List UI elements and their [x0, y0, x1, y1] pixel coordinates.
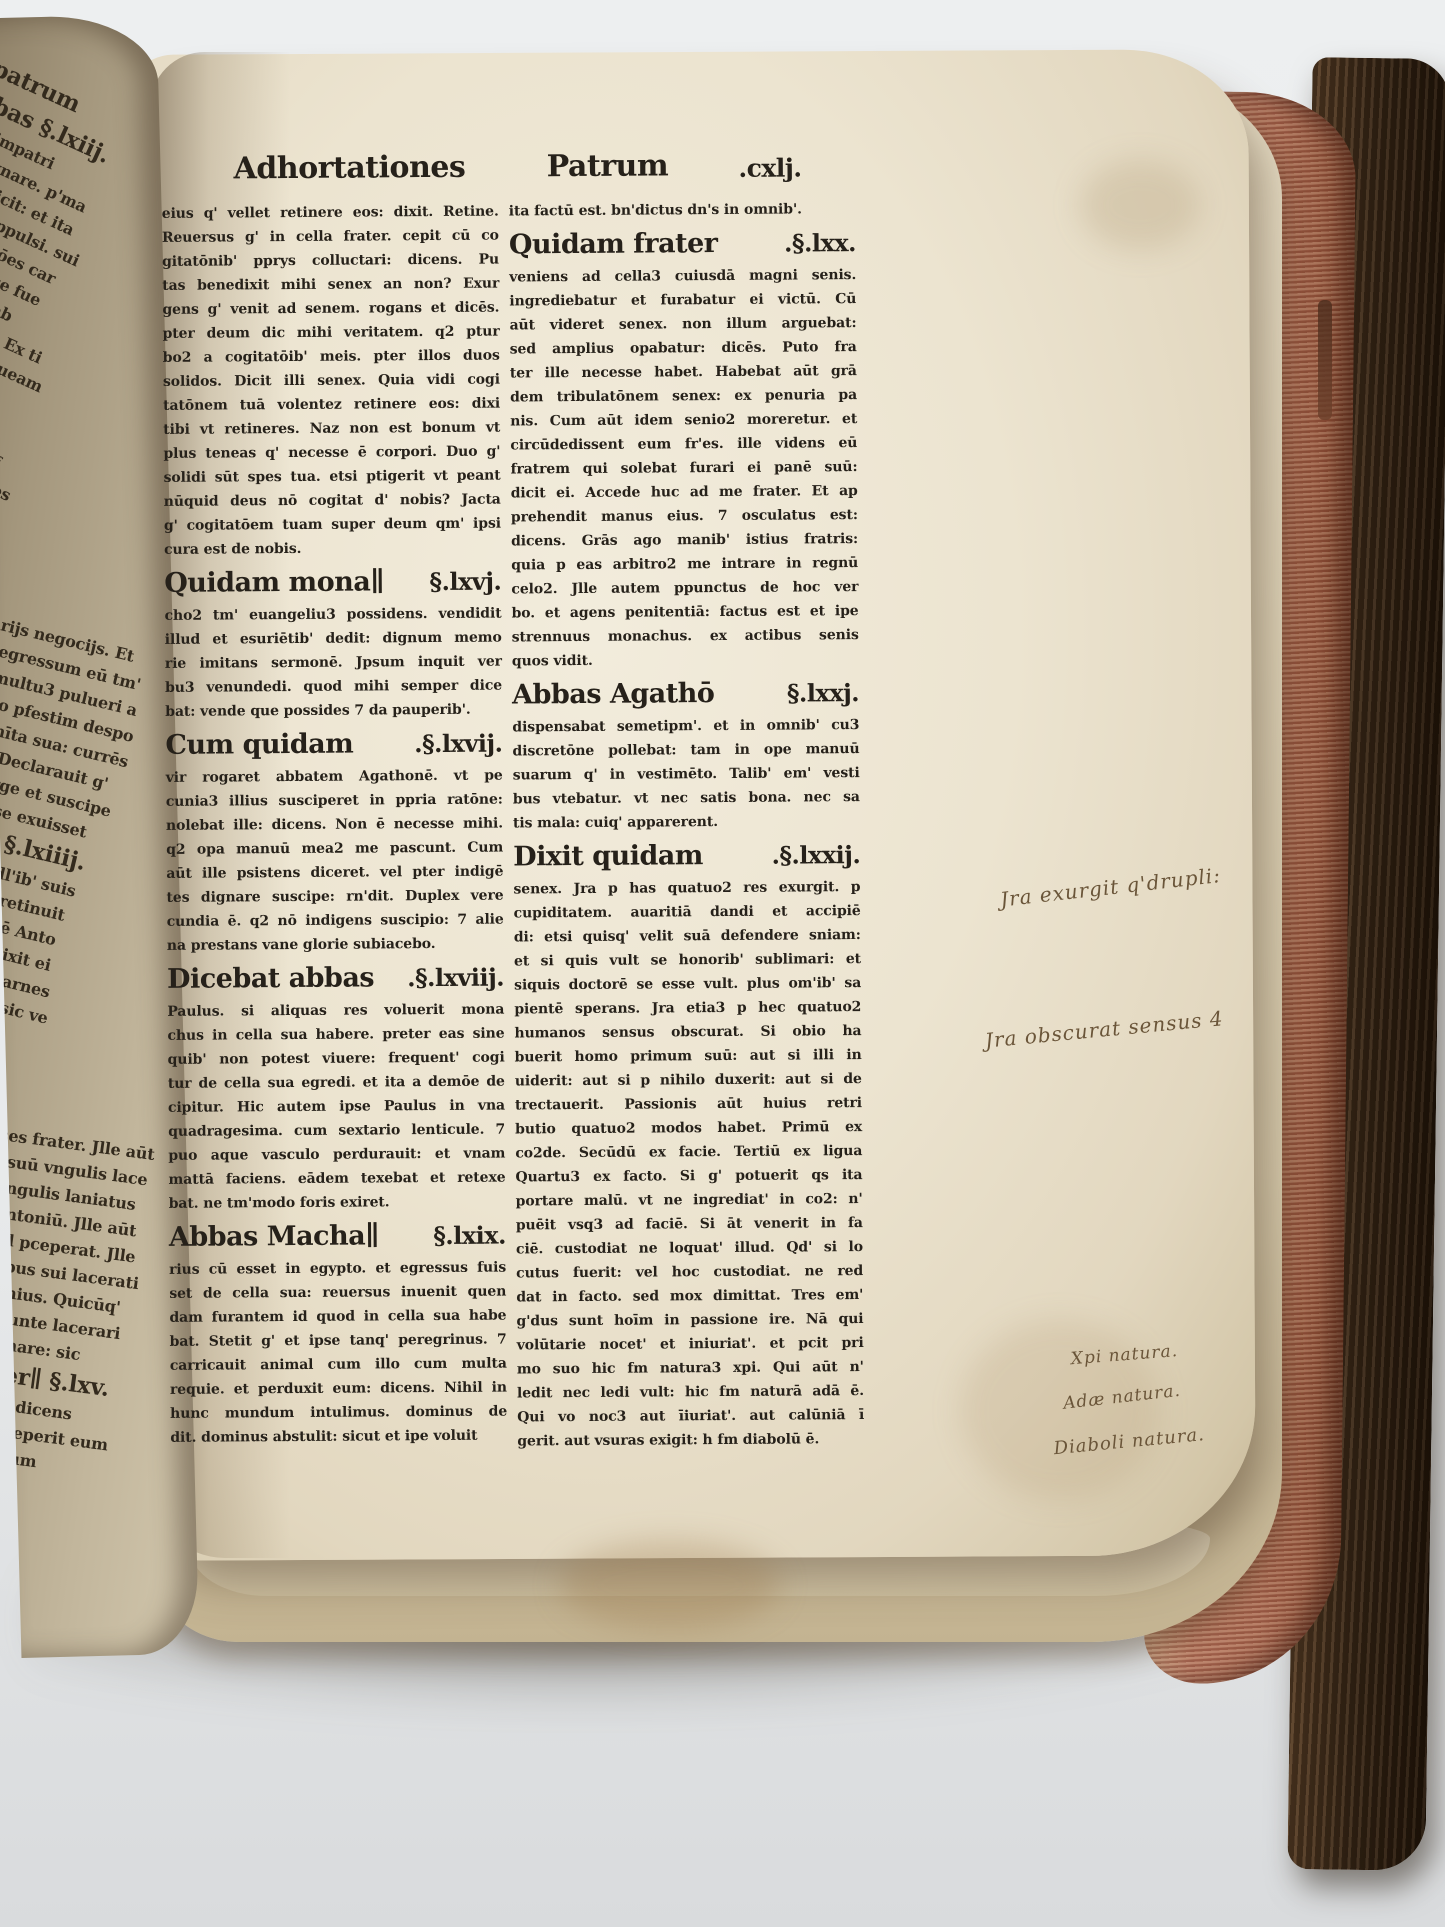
marginal-annotation-diaboli-natura: Diaboli natura. [1053, 1424, 1206, 1459]
text-line: dam furantem id quod in cella sua habe [169, 1304, 506, 1330]
text-line: bat. Stetit g' et ipse tanq' peregrinus.… [170, 1328, 507, 1354]
text-line: bu3 venundedi. quod mihi semper dice [165, 674, 502, 700]
book-photo: Vitaspatrumbat abbas §.lxiij.si voluerit… [0, 0, 1445, 1927]
text-line: chus in cella sua habere. preter eas sin… [167, 1022, 504, 1048]
text-line: puo aque vasculo perdurauit: et vnam [168, 1142, 505, 1168]
text-line: solidi sūt spes tua. etsi ptigerit vt pe… [164, 464, 501, 490]
text-line: pientē sperans. Jra etia3 p hec quatuo2 [514, 995, 861, 1021]
text-line: suarum q' in vestimēto. Talib' em' vesti [513, 761, 860, 787]
text-line: veniens ad cella3 cuiusdā magni senis. [509, 263, 856, 289]
section-heading: Cum quidam.§.lxvij. [165, 728, 502, 762]
text-line: prehendit manus eius. 7 osculatus est: [511, 503, 858, 529]
section-title: Abbas Agathō [512, 678, 714, 711]
text-line: bat: vende que possides 7 da pauperib'. [165, 698, 502, 724]
text-line: buerit homo primum suū: aut si illi in [515, 1043, 862, 1069]
section-number: .§.lxxij. [771, 839, 860, 872]
text-line: nūquid deus nō cogitat d' nobis? Jacta [164, 488, 501, 514]
text-line: co2de. Secūdū ex facie. Tertiū ex ligua [515, 1139, 862, 1165]
text-line: ita factū est. bn'dictus dn's in omnib'. [509, 197, 856, 223]
section-title: Cum quidam [165, 729, 353, 762]
text-line: cundia ē. q2 nō indigens suscipio: 7 ali… [167, 908, 504, 934]
section-heading: Abbas Macha∥§.lxix. [169, 1220, 506, 1254]
text-line: siquis doctorē se esse vult. plus om'ib'… [514, 971, 861, 997]
text-line: tes dignare suscipe: rn'dit. Duplex vere [166, 884, 503, 910]
text-line: et si quis vult se honorib' sublimari: e… [514, 947, 861, 973]
text-line: quib' non potest viuere: frequent' cogi [168, 1046, 505, 1072]
text-line: aūt ille psistens diceret. vel pter indi… [166, 860, 503, 886]
marginal-annotation-ira-exurgit: Jra exurgit q'drupli: [999, 863, 1222, 912]
text-line: portare malū. vt ne ingrediat' in co2: n… [516, 1187, 863, 1213]
text-line: eius q' vellet retinere eos: dixit. Reti… [162, 200, 499, 226]
section-heading: Quidam frater.§.lxx. [509, 227, 856, 261]
section-heading: Dicebat abbas.§.lxviij. [167, 962, 504, 996]
text-line: q2 opa manuū mea2 me pascunt. Cum [166, 836, 503, 862]
section-number: .§.lxvij. [414, 728, 503, 761]
section-heading: Abbas Agathō§.lxxj. [512, 677, 859, 711]
text-line: g' cogitatōem tuam super deum qm' ipsi [164, 512, 501, 538]
text-line: tas benedixit mihi senex an non? Exur [162, 272, 499, 298]
text-line: nis. Cum aūt idem senio2 moreretur. et [510, 407, 857, 433]
text-line: g'dus sunt hoīm in passione ire. Nā qui [516, 1307, 863, 1333]
text-line: gitatōnib' pprys colluctari: dicens. Pu [162, 248, 499, 274]
text-line: quos vidit. [512, 647, 859, 673]
text-line: Reuersus g' in cella frater. cepit cū co [162, 224, 499, 250]
text-line: nolebat ille: dicens. Non ē necesse mihi… [166, 812, 503, 838]
text-line: bo. et agens penitentiā: factus est et i… [511, 599, 858, 625]
text-line: rius cū esset in egypto. et egressus fui… [169, 1256, 506, 1282]
text-line: tis mala: cuiq' apparerent. [513, 809, 860, 835]
text-line: di: etsi quisq' velit suā defendere snia… [514, 923, 861, 949]
running-title-right: Patrum [532, 148, 682, 184]
text-line: gens g' venit ad senem. rogans et dicēs. [162, 296, 499, 322]
text-line: illud et esuriētib' dedit: dignum memo [165, 626, 502, 652]
text-line: dicens. Grās ago manib' istius fratris: [511, 527, 858, 553]
text-line: mo suo hic fm natura3 xpi. Qui aūt n' [517, 1355, 864, 1381]
text-line: ingrediebatur et furabatur ei victū. Cū [509, 287, 856, 313]
text-column-left: eius q' vellet retinere eos: dixit. Reti… [162, 200, 508, 1450]
text-line: requie. et perduxit eum: dicens. Nihil i… [170, 1376, 507, 1402]
text-line: tibi vt retineres. Naz non est bonum vt [163, 416, 500, 442]
section-number: §.lxvj. [429, 566, 501, 599]
text-line: solidos. Dicit illi senex. Quia vidi cog… [163, 368, 500, 394]
text-line: cutus fuerit: vel hoc custodiat. ne red [516, 1259, 863, 1285]
text-line: cho2 tm' euangeliu3 possidens. vendidit [164, 602, 501, 628]
text-line: Quartu3 ex facto. Si g' potuerit qs ita [515, 1163, 862, 1189]
text-line: dit. dominus abstulit: sicut et ipe volu… [170, 1424, 507, 1450]
section-title: Quidam frater [509, 228, 718, 261]
section-title: Abbas Macha∥ [169, 1220, 379, 1253]
text-line: gerit. aut vsuras exigit: h fm diabolū ē… [517, 1427, 864, 1453]
section-title: Dicebat abbas [167, 962, 374, 995]
marginal-annotation-xpi-natura: Xpi natura. [1070, 1341, 1179, 1369]
marginal-annotation-ira-obscurat: Jra obscurat sensus 4 [984, 1006, 1225, 1052]
text-line: Qui vo noc3 aut īiuriat'. aut calūniā ī [517, 1403, 864, 1429]
folio-number: .cxlj. [738, 153, 801, 182]
text-line: puēit vsq3 ad faciē. Si āt venerit in fa [516, 1211, 863, 1237]
text-line: ter ille necesse habet. Habebat aūt grā [510, 359, 857, 385]
text-line: circūdedissent eum fr'es. ille videns eū [510, 431, 857, 457]
text-line: butio quatuo2 modos habet. Primū ex [515, 1115, 862, 1141]
text-line: dicit ei. Accede huc ad me frater. Et ap [511, 479, 858, 505]
text-line: bo2 a cogitatōib' meis. pter illos duos [163, 344, 500, 370]
text-line: hunc mundum intulimus. dominus de [170, 1400, 507, 1426]
section-title: Dixit quidam [513, 840, 703, 873]
text-line: senex. Jra p has quatuo2 res exurgit. p [513, 875, 860, 901]
text-line: cupiditatem. auaritiā dandi et accipiē [514, 899, 861, 925]
text-line: dem tribulatōnem senex: ex penuria pa [510, 383, 857, 409]
section-number: §.lxxj. [787, 677, 859, 710]
text-line: plus teneas q' necesse ē corpori. Duo g' [163, 440, 500, 466]
text-line: tatōnem tuā volentez retinere eos: dixi [163, 392, 500, 418]
text-line: Paulus. si aliquas res voluerit mona [167, 998, 504, 1024]
marginal-annotation-ade-natura: Adæ natura. [1062, 1381, 1182, 1414]
text-line: vir rogaret abbatem Agathonē. vt pe [166, 764, 503, 790]
text-line: ciē. custodiat ne loquat' illud. Qd' si … [516, 1235, 863, 1261]
text-line: mattā faciens. eādem texebat et retexe [168, 1166, 505, 1192]
text-line: dispensabat semetipm'. et in omnib' cu3 [512, 713, 859, 739]
section-title: Quidam mona∥ [164, 566, 384, 600]
text-line: discretōne pollebat: tam in ope manuū [512, 737, 859, 763]
text-line: uiderit: aut si p nihilo duxerit: aut si… [515, 1067, 862, 1093]
section-heading: Quidam mona∥§.lxvj. [164, 566, 501, 600]
text-line: cura est de nobis. [164, 536, 501, 562]
text-line: quia p eas arbitro2 me intrare in regnū [511, 551, 858, 577]
section-number: .§.lxviij. [407, 962, 504, 995]
running-title-left: Adhortationes [194, 150, 504, 187]
text-line: volūtarie nocet' et iniuriat'. et pcit p… [517, 1331, 864, 1357]
text-column-right: ita factū est. bn'dictus dn's in omnib'.… [509, 197, 865, 1453]
text-line: aūt videret senex. non illum arguebat: [509, 311, 856, 337]
text-line: trectauerit. Passionis aūt huius retri [515, 1091, 862, 1117]
text-line: fratrem qui solebat furari ei panē suū: [510, 455, 857, 481]
text-line: humanos sensus obscurat. Si obio ha [514, 1019, 861, 1045]
text-line: set de cella sua: reuersus inuenit quen [169, 1280, 506, 1306]
text-line: dat in facto. sed mox dimittat. Tres em' [516, 1283, 863, 1309]
text-line: cunia3 illius susciperet in ppria ratōne… [166, 788, 503, 814]
text-line: strennuus monachus. ex actibus senis [512, 623, 859, 649]
text-line: bat. ne tm'modo foris exiret. [169, 1190, 506, 1216]
text-line: sed amplius opabatur: dicēs. Puto fra [510, 335, 857, 361]
text-line: quadragesima. cum sextario lenticule. 7 [168, 1118, 505, 1144]
text-line: cipitur. Hic autem ipse Paulus in vna [168, 1094, 505, 1120]
text-line: carricauit animal cum illo cum multa [170, 1352, 507, 1378]
section-number: §.lxix. [433, 1220, 506, 1253]
text-line: ledit nec ledi vult: hic fm naturā adā ē… [517, 1379, 864, 1405]
text-line: tur de cella sua egredi. et ita a demōe … [168, 1070, 505, 1096]
text-line: bus vtebatur. vt nec satis bona. nec sa [513, 785, 860, 811]
section-heading: Dixit quidam.§.lxxij. [513, 839, 860, 873]
section-number: .§.lxx. [784, 227, 856, 260]
text-line: pter deum dic mihi veritatem. q2 ptur [163, 320, 500, 346]
text-line: rie imitans sermonē. Jpsum inquit ver [165, 650, 502, 676]
text-line: na prestans vane glorie subiacebo. [167, 932, 504, 958]
printed-text-layer: Adhortationes Patrum .cxlj. eius q' vell… [0, 0, 1445, 1927]
text-line: celo2. Jlle autem ppunctus de hoc ver [511, 575, 858, 601]
